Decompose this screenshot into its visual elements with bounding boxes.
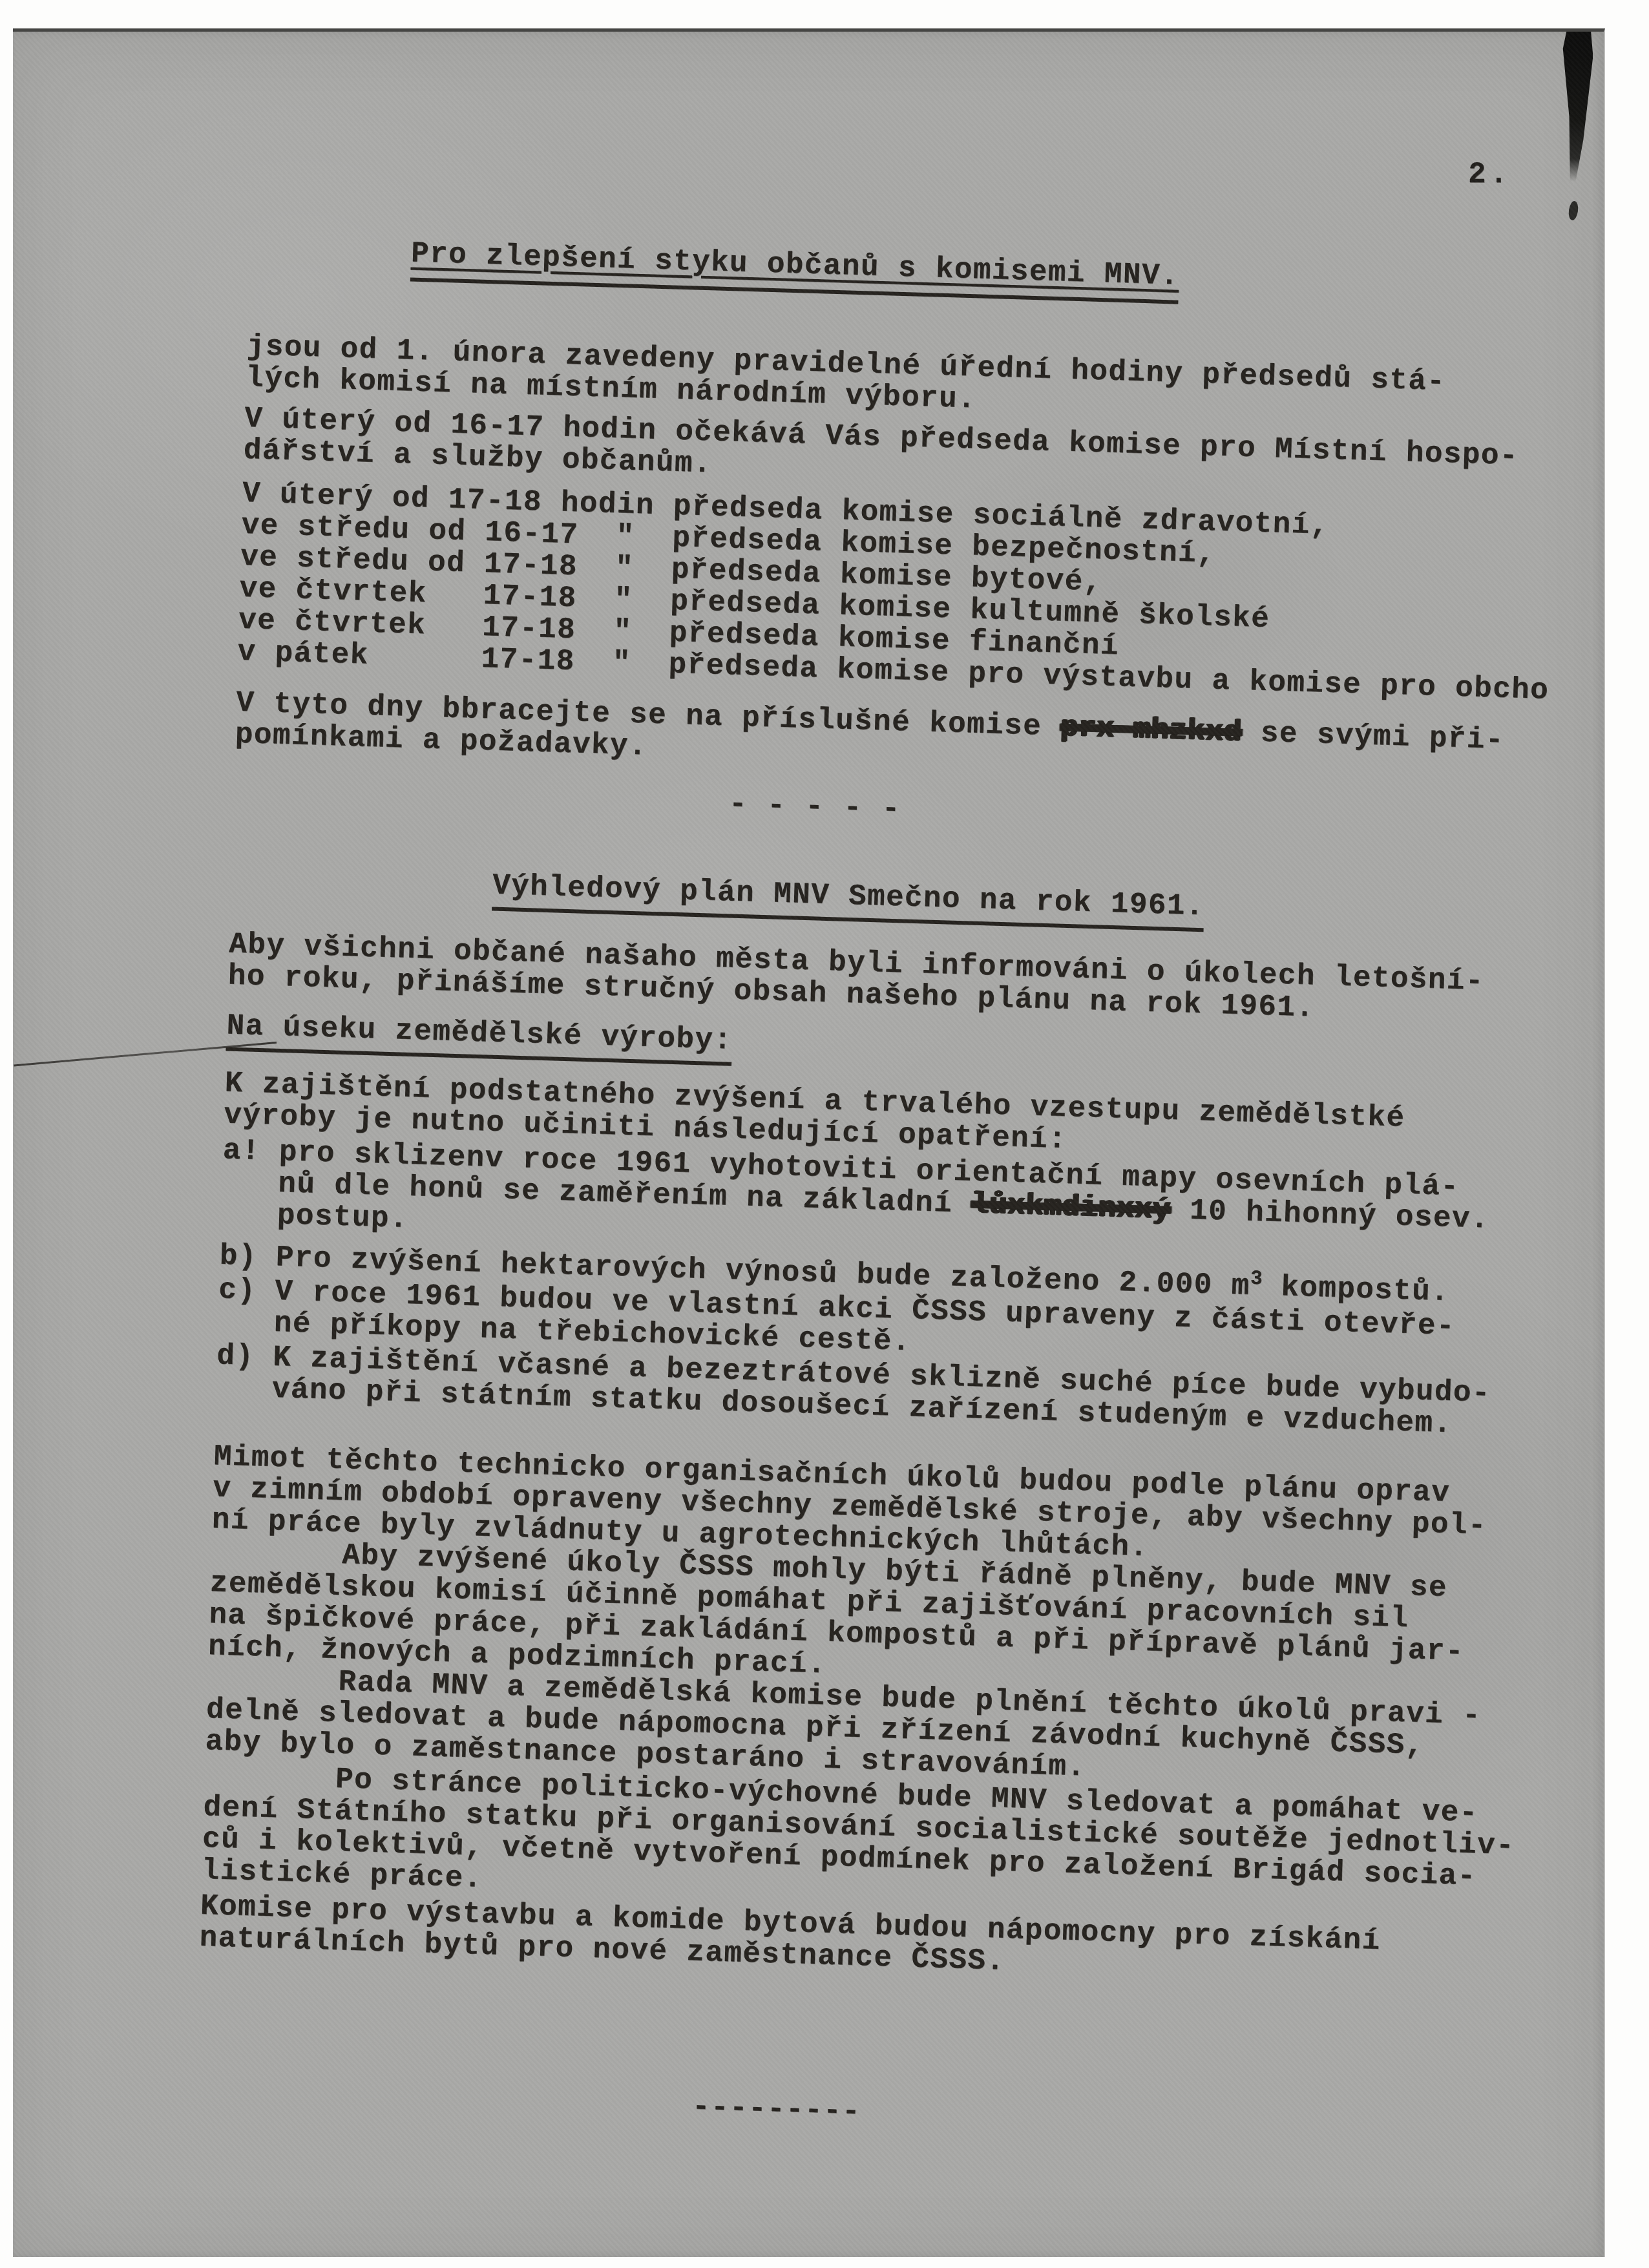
- dash-separator: - - - - -: [728, 788, 1603, 846]
- schedule-list: V úterý od 17-18 hodin předseda komise s…: [237, 478, 1605, 709]
- section-title-commissions: Pro zlepšení styku občanů s komisemi MNV…: [410, 236, 1605, 317]
- superscript: 3: [1250, 1268, 1263, 1291]
- document-page: 2. Pro zlepšení styku občanů s komisemi …: [13, 28, 1605, 2257]
- typewritten-content: Pro zlepšení styku občanů s komisemi MNV…: [194, 232, 1605, 2149]
- struck-out-text: lůxkmdinxxý: [971, 1188, 1171, 1227]
- section-title-plan-1961: Výhledový plán MNV Smečno na rok 1961.: [492, 869, 1601, 944]
- page-number: 2.: [1468, 158, 1511, 191]
- section-title-text: Výhledový plán MNV Smečno na rok 1961.: [492, 869, 1205, 932]
- struck-out-text: prx mhzkxd: [1060, 711, 1242, 750]
- subsection-title-text: Na úseku zemědělské výroby:: [226, 1009, 733, 1066]
- scanned-document: { "page": { "number": "2." }, "title": {…: [0, 0, 1649, 2268]
- section-title-text: Pro zlepšení styku občanů s komisemi MNV…: [410, 236, 1180, 304]
- ink-dot: [1568, 200, 1579, 221]
- dash-separator-bottom: ---------: [691, 2092, 1564, 2149]
- ink-smudge: [1558, 28, 1595, 182]
- text-segment: kompostů.: [1262, 1270, 1450, 1310]
